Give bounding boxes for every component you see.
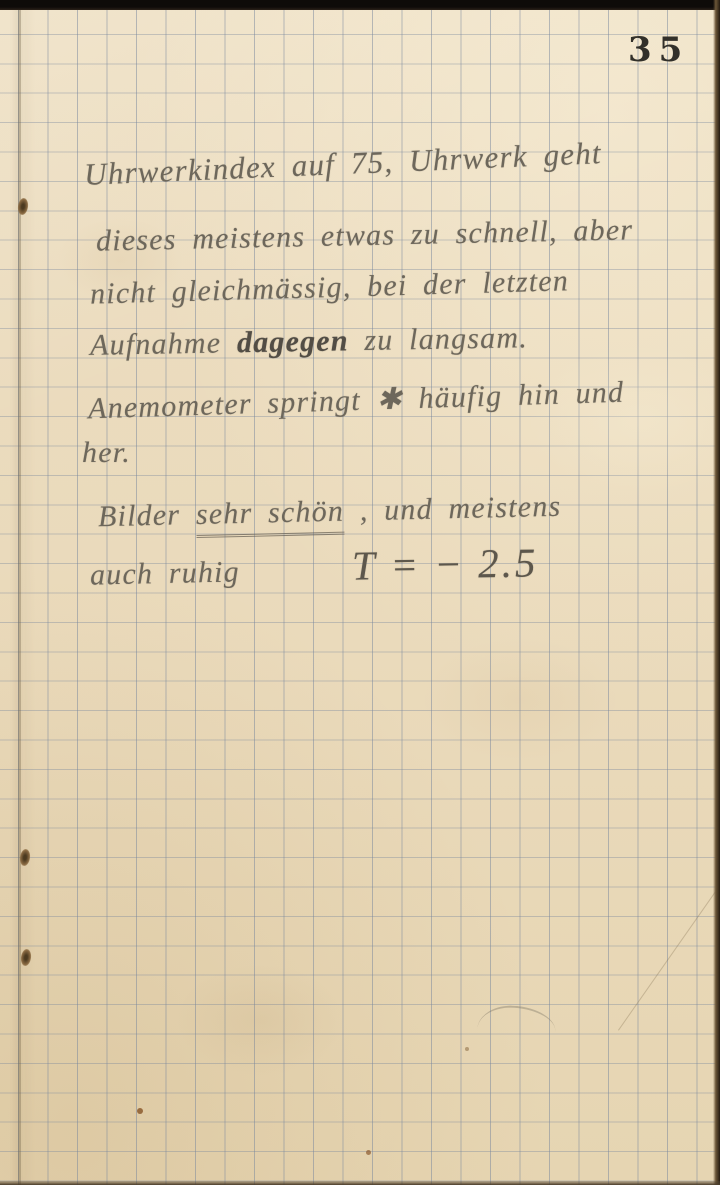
handwriting-segment: Aufnahme	[90, 326, 238, 362]
ink-spot	[137, 1108, 143, 1114]
handwriting-segment: Bilder	[98, 498, 197, 533]
handwriting-segment: , und meistens	[344, 490, 562, 528]
notebook-page-scan: 35 Uhrwerkindex auf 75, Uhrwerk geht die…	[0, 0, 720, 1185]
scan-edge-top	[0, 0, 720, 10]
scan-edge-bottom	[0, 1181, 720, 1185]
temperature-formula: T = − 2.5	[352, 538, 539, 589]
handwriting-line-6: her.	[82, 436, 131, 470]
page-number: 35	[628, 30, 689, 70]
paper-fleck	[465, 1047, 469, 1051]
scan-edge-right	[713, 0, 720, 1185]
underlined-phrase: sehr schön	[196, 495, 345, 538]
handwriting-overwritten-word: dagegen	[237, 324, 349, 359]
handwriting-line-8: auch ruhig	[90, 555, 241, 592]
handwriting-segment: zu langsam.	[348, 321, 528, 357]
ink-spot	[366, 1150, 371, 1155]
binding-gutter-fold	[18, 0, 21, 1185]
